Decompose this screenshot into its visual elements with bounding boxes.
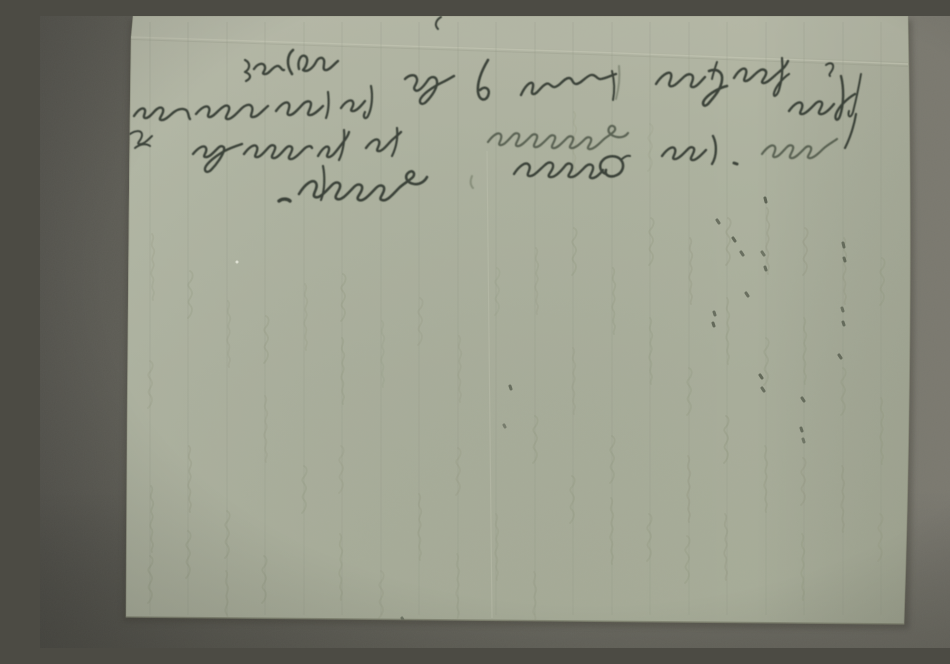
manuscript-photo-canvas: [40, 16, 950, 648]
manuscript-photo: A grayish-green laid-paper sheet photogr…: [40, 16, 950, 648]
photo-vignette: [40, 16, 950, 648]
